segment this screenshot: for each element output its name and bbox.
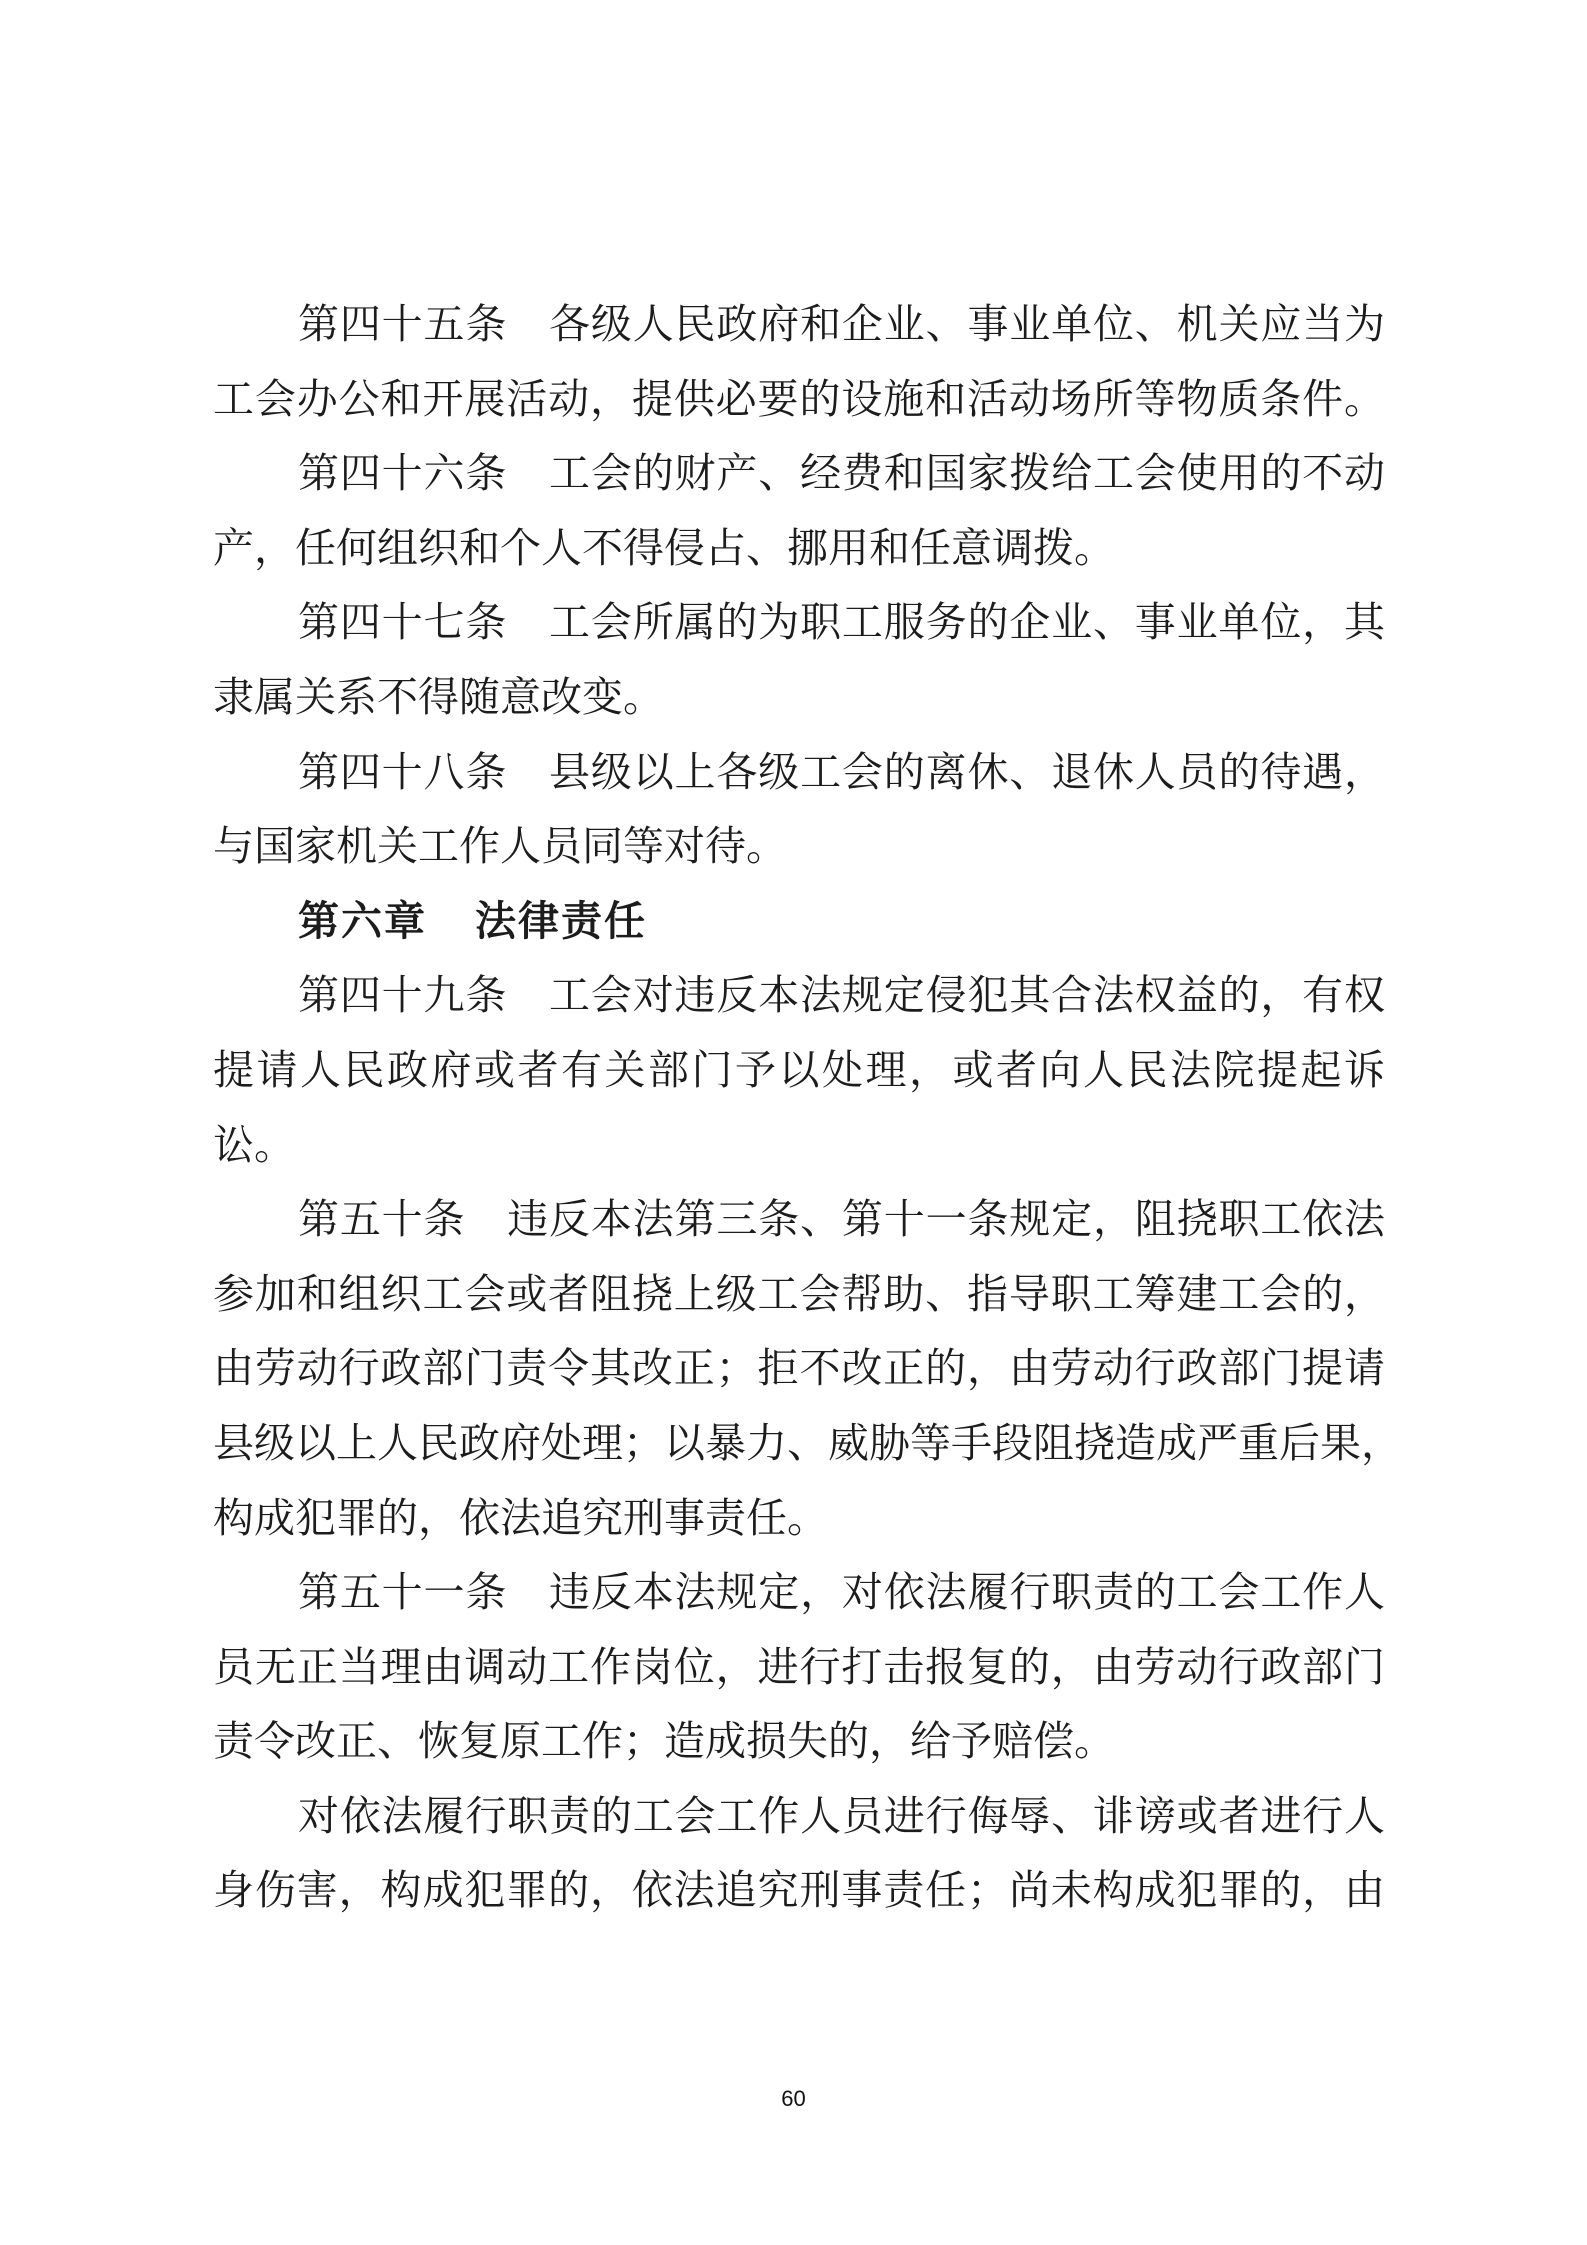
text-line: 第四十六条 工会的财产、经费和国家拨给工会使用的不动 (213, 436, 1385, 511)
text-line: 第四十九条 工会对违反本法规定侵犯其合法权益的，有权 (213, 958, 1385, 1033)
text-line: 第五十条 违反本法第三条、第十一条规定，阻挠职工依法 (213, 1182, 1385, 1257)
text-line: 由劳动行政部门责令其改正；拒不改正的，由劳动行政部门提请 (213, 1331, 1385, 1406)
article-51: 第五十一条 违反本法规定，对依法履行职责的工会工作人 员无正当理由调动工作岗位，… (213, 1555, 1385, 1779)
text-line: 身伤害，构成犯罪的，依法追究刑事责任；尚未构成犯罪的，由 (213, 1853, 1385, 1928)
text-line: 第四十七条 工会所属的为职工服务的企业、事业单位，其 (213, 585, 1385, 660)
text-line: 讼。 (213, 1108, 1385, 1183)
article-45: 第四十五条 各级人民政府和企业、事业单位、机关应当为 工会办公和开展活动，提供必… (213, 287, 1385, 436)
body-text: 第四十五条 各级人民政府和企业、事业单位、机关应当为 工会办公和开展活动，提供必… (213, 287, 1385, 1928)
chapter-heading: 第六章法律责任 (213, 884, 1385, 959)
text-line: 构成犯罪的，依法追究刑事责任。 (213, 1481, 1385, 1556)
page-number: 60 (0, 2084, 1587, 2114)
text-line: 产，任何组织和个人不得侵占、挪用和任意调拨。 (213, 511, 1385, 586)
chapter-title: 法律责任 (475, 897, 647, 945)
article-51-paragraph-2: 对依法履行职责的工会工作人员进行侮辱、诽谤或者进行人 身伤害，构成犯罪的，依法追… (213, 1779, 1385, 1928)
article-46: 第四十六条 工会的财产、经费和国家拨给工会使用的不动 产，任何组织和个人不得侵占… (213, 436, 1385, 585)
article-47: 第四十七条 工会所属的为职工服务的企业、事业单位，其 隶属关系不得随意改变。 (213, 585, 1385, 734)
text-line: 工会办公和开展活动，提供必要的设施和活动场所等物质条件。 (213, 362, 1385, 437)
text-line: 与国家机关工作人员同等对待。 (213, 809, 1385, 884)
text-line: 第五十一条 违反本法规定，对依法履行职责的工会工作人 (213, 1555, 1385, 1630)
text-line: 县级以上人民政府处理；以暴力、威胁等手段阻挠造成严重后果， (213, 1406, 1385, 1481)
article-48: 第四十八条 县级以上各级工会的离休、退休人员的待遇， 与国家机关工作人员同等对待… (213, 735, 1385, 884)
text-line: 第四十八条 县级以上各级工会的离休、退休人员的待遇， (213, 735, 1385, 810)
text-line: 责令改正、恢复原工作；造成损失的，给予赔偿。 (213, 1704, 1385, 1779)
article-49: 第四十九条 工会对违反本法规定侵犯其合法权益的，有权 提请人民政府或者有关部门予… (213, 958, 1385, 1182)
text-line: 对依法履行职责的工会工作人员进行侮辱、诽谤或者进行人 (213, 1779, 1385, 1854)
chapter-number: 第六章 (298, 897, 427, 945)
text-line: 员无正当理由调动工作岗位，进行打击报复的，由劳动行政部门 (213, 1630, 1385, 1705)
document-page: 第四十五条 各级人民政府和企业、事业单位、机关应当为 工会办公和开展活动，提供必… (0, 0, 1587, 2245)
article-50: 第五十条 违反本法第三条、第十一条规定，阻挠职工依法 参加和组织工会或者阻挠上级… (213, 1182, 1385, 1555)
text-line: 隶属关系不得随意改变。 (213, 660, 1385, 735)
text-line: 提请人民政府或者有关部门予以处理，或者向人民法院提起诉 (213, 1033, 1385, 1108)
text-line: 参加和组织工会或者阻挠上级工会帮助、指导职工筹建工会的， (213, 1257, 1385, 1332)
text-line: 第四十五条 各级人民政府和企业、事业单位、机关应当为 (213, 287, 1385, 362)
